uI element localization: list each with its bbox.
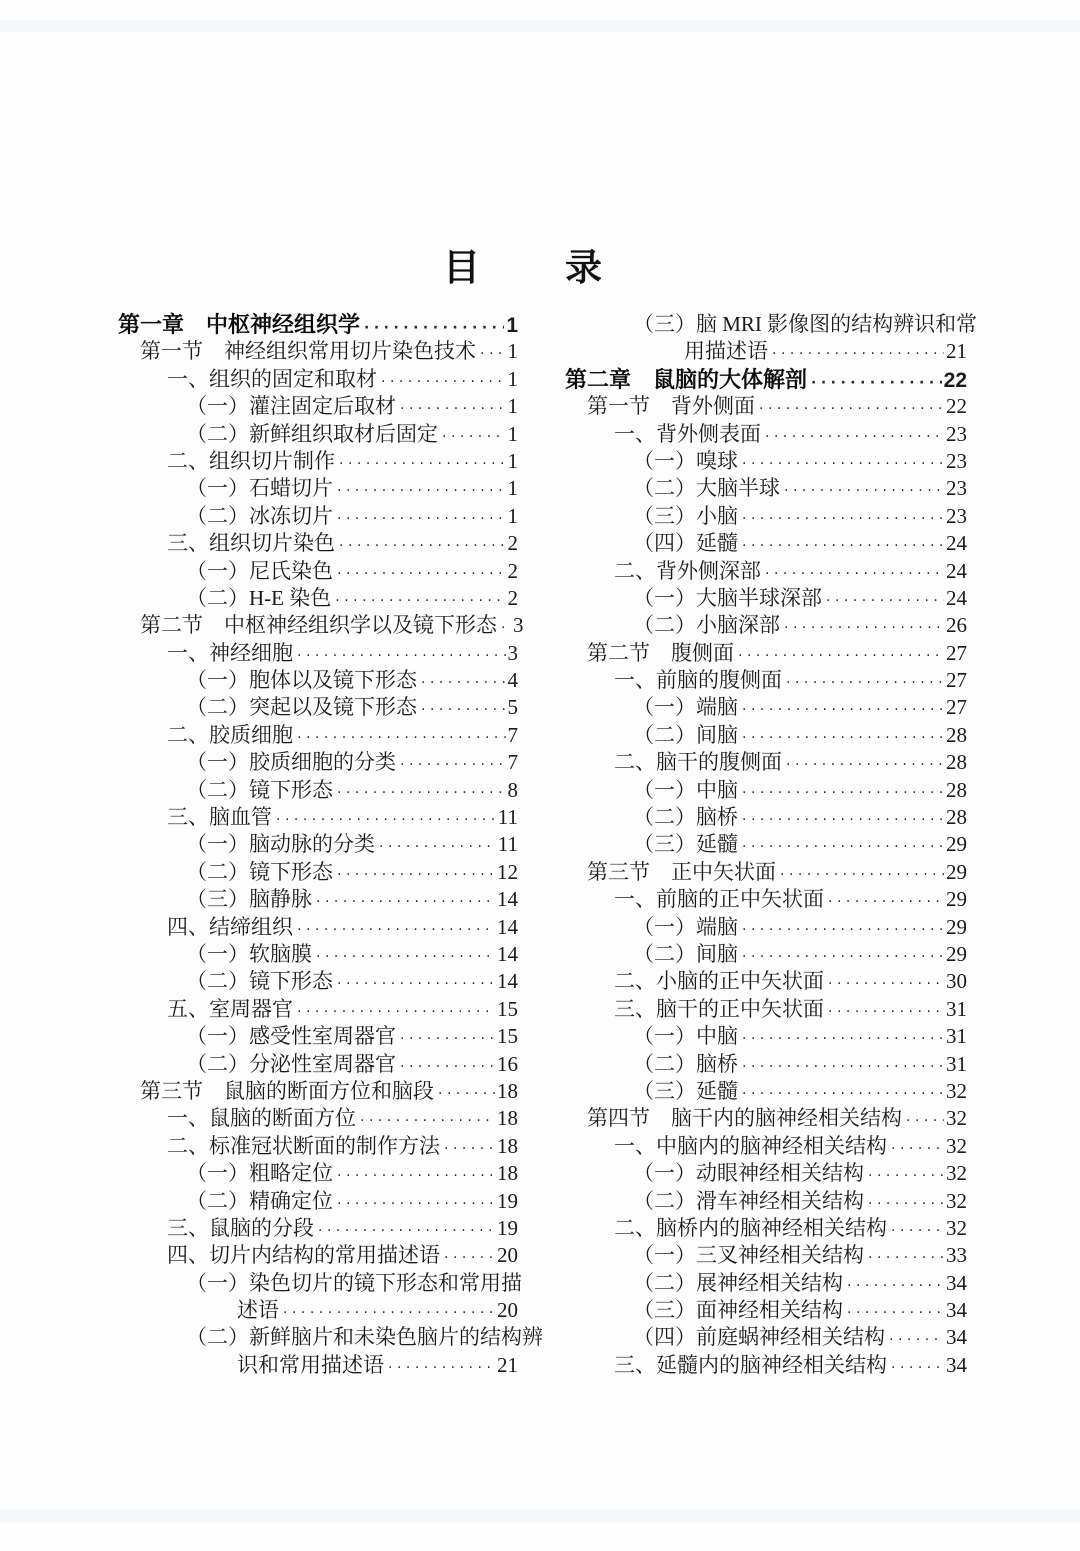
toc-page-number: 20	[497, 1297, 518, 1324]
toc-page-number: 2	[508, 530, 519, 557]
toc-entry-text: （一）尼氏染色	[186, 558, 333, 585]
toc-entry-text: 二、组织切片制作	[167, 448, 335, 475]
toc-page-number: 24	[946, 585, 967, 612]
dot-leader	[742, 694, 944, 724]
toc-page-number: 31	[946, 1051, 967, 1078]
dot-leader	[335, 585, 505, 615]
dot-leader	[765, 558, 944, 588]
toc-entry-text: （一）胞体以及镜下形态	[186, 667, 417, 694]
toc-page-number: 21	[497, 1352, 518, 1379]
toc-page-number: 11	[498, 804, 518, 831]
toc-entry-text: （三）延髓	[633, 1078, 738, 1105]
toc-page-number: 1	[506, 312, 518, 339]
toc-line: （二）分泌性室周器官 16	[118, 1051, 518, 1078]
toc-page-number: 19	[497, 1188, 518, 1215]
toc-page-number: 29	[946, 831, 967, 858]
dot-leader	[337, 859, 495, 889]
toc-line: 三、组织切片染色 2	[118, 530, 518, 557]
dot-leader	[784, 475, 944, 505]
toc-page-number: 28	[946, 777, 967, 804]
toc-line: （二）大脑半球 23	[565, 475, 967, 502]
toc-entry-text: （二）滑车神经相关结构	[633, 1188, 864, 1215]
toc-page-number: 29	[946, 886, 967, 913]
dot-leader	[400, 1023, 495, 1053]
dot-leader	[276, 804, 496, 834]
toc-entry-text: （一）粗略定位	[186, 1160, 333, 1187]
toc-line: （二）镜下形态 14	[118, 968, 518, 995]
toc-entry-text: （一）染色切片的镜下形态和常用描	[186, 1270, 522, 1297]
toc-page-number: 14	[497, 886, 518, 913]
toc-entry-text: 用描述语	[684, 338, 768, 365]
dot-leader	[337, 475, 506, 505]
toc-entry-text: 三、脑血管	[167, 804, 272, 831]
toc-line: 第一节 神经组织常用切片染色技术 1	[118, 338, 518, 365]
toc-page-number: 32	[946, 1133, 967, 1160]
dot-leader	[780, 859, 944, 889]
toc-line: （一）染色切片的镜下形态和常用描	[118, 1270, 518, 1297]
toc-page-number: 32	[946, 1215, 967, 1242]
toc-entry-text: （二）新鲜组织取材后固定	[186, 421, 438, 448]
toc-entry-text: （一）端脑	[633, 914, 738, 941]
dot-leader	[339, 530, 506, 560]
toc-entry-text: （一）石蜡切片	[186, 475, 333, 502]
toc-entry-text: （一）动眼神经相关结构	[633, 1160, 864, 1187]
toc-page-number: 28	[946, 749, 967, 776]
toc-entry-text: 第四节 脑干内的脑神经相关结构	[587, 1105, 902, 1132]
toc-entry-text: （二）脑桥	[633, 1051, 738, 1078]
toc-line: 第三节 正中矢状面 29	[565, 859, 967, 886]
toc-page-number: 23	[946, 475, 967, 502]
dot-leader	[442, 421, 506, 451]
dot-leader	[891, 1133, 944, 1163]
toc-line: （二）冰冻切片 1	[118, 503, 518, 530]
toc-page-number: 23	[946, 421, 967, 448]
dot-leader	[297, 914, 495, 944]
toc-line: 第四节 脑干内的脑神经相关结构 32	[565, 1105, 967, 1132]
toc-entry-text: （三）脑静脉	[186, 886, 312, 913]
dot-leader	[480, 338, 506, 368]
toc-page-number: 33	[946, 1242, 967, 1269]
toc-line: 三、鼠脑的分段 19	[118, 1215, 518, 1242]
dot-leader	[889, 1324, 944, 1354]
toc-line: 二、脑干的腹侧面 28	[565, 749, 967, 776]
toc-entry-text: 一、前脑的腹侧面	[614, 667, 782, 694]
toc-line: 一、神经细胞 3	[118, 640, 518, 667]
dot-leader	[337, 968, 495, 998]
toc-line: （一）嗅球 23	[565, 448, 967, 475]
toc-page-number: 26	[946, 612, 967, 639]
toc-entry-text: 一、背外侧表面	[614, 421, 761, 448]
dot-leader	[742, 831, 944, 861]
toc-page-number: 3	[508, 640, 519, 667]
toc-line: （二）小脑深部 26	[565, 612, 967, 639]
toc-entry-text: 第二章 鼠脑的大体解剖	[565, 366, 807, 393]
toc-line: （三）脑 MRI 影像图的结构辨识和常	[565, 311, 967, 338]
toc-entry-text: 第二节 腹侧面	[587, 640, 734, 667]
toc-entry-text: 二、小脑的正中矢状面	[614, 968, 824, 995]
toc-page-number: 7	[508, 749, 519, 776]
dot-leader	[868, 1188, 944, 1218]
toc-line: （二）新鲜脑片和未染色脑片的结构辨	[118, 1324, 518, 1351]
toc-line: 三、脑干的正中矢状面 31	[565, 996, 967, 1023]
toc-entry-text: 第一章 中枢神经组织学	[118, 311, 360, 338]
toc-page-number: 23	[946, 448, 967, 475]
toc-line: 第二章 鼠脑的大体解剖 22	[565, 366, 967, 393]
toc-page-number: 1	[508, 503, 519, 530]
toc-line: （一）感受性室周器官 15	[118, 1023, 518, 1050]
dot-leader	[891, 1215, 944, 1245]
toc-page-number: 32	[946, 1160, 967, 1187]
toc-entry-text: （一）中脑	[633, 1023, 738, 1050]
toc-entry-text: 三、鼠脑的分段	[167, 1215, 314, 1242]
toc-page-number: 15	[497, 1023, 518, 1050]
toc-page-number: 27	[946, 694, 967, 721]
toc-page-number: 15	[497, 996, 518, 1023]
dot-leader	[742, 1051, 944, 1081]
toc-line: 二、脑桥内的脑神经相关结构 32	[565, 1215, 967, 1242]
dot-leader	[742, 1078, 944, 1108]
toc-line: （四）延髓 24	[565, 530, 967, 557]
toc-entry-text: （二）展神经相关结构	[633, 1270, 843, 1297]
dot-leader	[337, 1160, 495, 1190]
toc-entry-text: 述语	[237, 1297, 279, 1324]
dot-leader	[847, 1270, 944, 1300]
dot-leader	[784, 612, 944, 642]
dot-leader	[283, 1297, 495, 1327]
scan-edge-band-top	[0, 20, 1080, 32]
toc-line: （一）尼氏染色 2	[118, 558, 518, 585]
toc-entry-text: （二）镜下形态	[186, 859, 333, 886]
page-title-char-2: 录	[565, 249, 602, 286]
toc-line: 二、小脑的正中矢状面 30	[565, 968, 967, 995]
toc-line: 第二节 腹侧面 27	[565, 640, 967, 667]
toc-line: （二）间脑 28	[565, 722, 967, 749]
toc-line: （二）镜下形态 12	[118, 859, 518, 886]
toc-page-number: 12	[497, 859, 518, 886]
toc-right-column: （三）脑 MRI 影像图的结构辨识和常 用描述语 21 第二章 鼠脑的大体解剖 …	[565, 311, 967, 1379]
toc-entry-text: 第一节 背外侧面	[587, 393, 755, 420]
toc-page-number: 18	[497, 1160, 518, 1187]
toc-page-number: 28	[946, 722, 967, 749]
dot-leader	[297, 722, 506, 752]
toc-page-number: 22	[946, 393, 967, 420]
toc-entry-text: （二）镜下形态	[186, 968, 333, 995]
toc-entry-text: （一）软脑膜	[186, 941, 312, 968]
toc-entry-text: 二、背外侧深部	[614, 558, 761, 585]
dot-leader	[400, 1051, 495, 1081]
toc-page-number: 14	[497, 914, 518, 941]
toc-page-number: 34	[946, 1324, 967, 1351]
toc-line: 一、前脑的腹侧面 27	[565, 667, 967, 694]
toc-entry-text: （四）前庭蜗神经相关结构	[633, 1324, 885, 1351]
toc-entry-text: （二）H-E 染色	[186, 585, 331, 612]
toc-line: （二）H-E 染色 2	[118, 585, 518, 612]
toc-entry-text: （二）间脑	[633, 722, 738, 749]
dot-leader	[400, 749, 506, 779]
dot-leader	[501, 612, 511, 642]
toc-page-number: 32	[946, 1188, 967, 1215]
dot-leader	[421, 694, 506, 724]
dot-leader	[388, 1352, 495, 1382]
toc-entry-text: 一、组织的固定和取材	[167, 366, 377, 393]
dot-leader	[297, 996, 495, 1026]
toc-entry-text: 识和常用描述语	[237, 1352, 384, 1379]
dot-leader	[828, 886, 944, 916]
toc-entry-text: （一）胶质细胞的分类	[186, 749, 396, 776]
toc-line: （二）滑车神经相关结构 32	[565, 1188, 967, 1215]
dot-leader	[828, 996, 944, 1026]
toc-line: （一）三叉神经相关结构 33	[565, 1242, 967, 1269]
toc-line: （一）中脑 28	[565, 777, 967, 804]
toc-page-number: 23	[946, 503, 967, 530]
scan-edge-band-bottom	[0, 1509, 1080, 1522]
toc-entry-text: （一）大脑半球深部	[633, 585, 822, 612]
toc-page-number: 27	[946, 640, 967, 667]
dot-leader	[786, 667, 944, 697]
dot-leader	[316, 941, 495, 971]
toc-line: （三）延髓 32	[565, 1078, 967, 1105]
toc-line: （二）镜下形态 8	[118, 777, 518, 804]
toc-page-number: 32	[946, 1105, 967, 1132]
toc-line: （一）脑动脉的分类 11	[118, 831, 518, 858]
toc-page-number: 11	[498, 831, 518, 858]
toc-entry-text: 一、前脑的正中矢状面	[614, 886, 824, 913]
dot-leader	[316, 886, 495, 916]
toc-entry-text: （一）端脑	[633, 694, 738, 721]
dot-leader	[906, 1105, 944, 1135]
dot-leader	[318, 1215, 495, 1245]
toc-entry-text: 三、延髓内的脑神经相关结构	[614, 1352, 887, 1379]
toc-line: （二）突起以及镜下形态 5	[118, 694, 518, 721]
toc-entry-text: （二）间脑	[633, 941, 738, 968]
toc-entry-text: 二、脑桥内的脑神经相关结构	[614, 1215, 887, 1242]
toc-page-number: 3	[513, 612, 524, 639]
toc-entry-text: 第一节 神经组织常用切片染色技术	[140, 338, 476, 365]
dot-leader	[891, 1352, 944, 1382]
toc-line: 识和常用描述语 21	[118, 1352, 518, 1379]
dot-leader	[438, 1078, 495, 1108]
dot-leader	[742, 530, 944, 560]
dot-leader	[421, 667, 506, 697]
toc-page-number: 31	[946, 996, 967, 1023]
dot-leader	[381, 366, 506, 396]
toc-line: （三）面神经相关结构 34	[565, 1297, 967, 1324]
toc-page-number: 20	[497, 1242, 518, 1269]
toc-entry-text: （二）精确定位	[186, 1188, 333, 1215]
dot-leader	[772, 338, 944, 368]
toc-page-number: 29	[946, 914, 967, 941]
toc-entry-text: （二）镜下形态	[186, 777, 333, 804]
toc-page-number: 24	[946, 558, 967, 585]
toc-line: 二、组织切片制作 1	[118, 448, 518, 475]
toc-entry-text: （一）中脑	[633, 777, 738, 804]
toc-line: （三）小脑 23	[565, 503, 967, 530]
toc-line: 二、标准冠状断面的制作方法 18	[118, 1133, 518, 1160]
toc-entry-text: 四、结缔组织	[167, 914, 293, 941]
dot-leader	[297, 640, 506, 670]
toc-page-number: 34	[946, 1297, 967, 1324]
toc-page-number: 5	[508, 694, 519, 721]
toc-entry-text: （二）新鲜脑片和未染色脑片的结构辨	[186, 1324, 543, 1351]
toc-entry-text: （三）延髓	[633, 831, 738, 858]
toc-page-number: 2	[508, 585, 519, 612]
toc-entry-text: 四、切片内结构的常用描述语	[167, 1242, 440, 1269]
toc-page-number: 14	[497, 941, 518, 968]
toc-entry-text: （三）脑 MRI 影像图的结构辨识和常	[633, 311, 977, 338]
toc-entry-text: 一、鼠脑的断面方位	[167, 1105, 356, 1132]
dot-leader	[742, 941, 944, 971]
dot-leader	[742, 1023, 944, 1053]
toc-page-number: 30	[946, 968, 967, 995]
toc-entry-text: 二、脑干的腹侧面	[614, 749, 782, 776]
toc-line: 一、鼠脑的断面方位 18	[118, 1105, 518, 1132]
dot-leader	[826, 585, 944, 615]
page-title: 目 录	[443, 249, 602, 286]
toc-page-number: 1	[508, 421, 519, 448]
toc-entry-text: （二）脑桥	[633, 804, 738, 831]
toc-entry-text: 第三节 正中矢状面	[587, 859, 776, 886]
toc-page-number: 32	[946, 1078, 967, 1105]
dot-leader	[765, 421, 944, 451]
toc-line: 第二节 中枢神经组织学以及镜下形态 3	[118, 612, 518, 639]
toc-line: （一）石蜡切片 1	[118, 475, 518, 502]
toc-line: （一）灌注固定后取材 1	[118, 393, 518, 420]
toc-page-number: 34	[946, 1270, 967, 1297]
toc-line: 第三节 鼠脑的断面方位和脑段 18	[118, 1078, 518, 1105]
toc-line: 四、结缔组织 14	[118, 914, 518, 941]
toc-line: 一、前脑的正中矢状面 29	[565, 886, 967, 913]
toc-line: （一）中脑 31	[565, 1023, 967, 1050]
dot-leader	[339, 448, 506, 478]
toc-page-number: 1	[508, 448, 519, 475]
dot-leader	[444, 1133, 495, 1163]
dot-leader	[868, 1242, 944, 1272]
dot-leader	[337, 558, 506, 588]
toc-entry-text: （三）小脑	[633, 503, 738, 530]
toc-line: 一、背外侧表面 23	[565, 421, 967, 448]
toc-page-number: 7	[508, 722, 519, 749]
dot-leader	[742, 914, 944, 944]
toc-line: （二）脑桥 28	[565, 804, 967, 831]
dot-leader	[742, 777, 944, 807]
toc-line: （一）端脑 27	[565, 694, 967, 721]
toc-page-number: 14	[497, 968, 518, 995]
dot-leader	[444, 1242, 495, 1272]
toc-page-number: 31	[946, 1023, 967, 1050]
toc-page-number: 1	[508, 338, 519, 365]
toc-line: 二、背外侧深部 24	[565, 558, 967, 585]
page-title-char-1: 目	[443, 249, 480, 286]
toc-line: （一）胶质细胞的分类 7	[118, 749, 518, 776]
toc-line: （一）软脑膜 14	[118, 941, 518, 968]
toc-page-number: 29	[946, 859, 967, 886]
toc-entry-text: 第二节 中枢神经组织学以及镜下形态	[140, 612, 497, 639]
dot-leader	[786, 749, 944, 779]
toc-entry-text: （二）小脑深部	[633, 612, 780, 639]
toc-entry-text: 二、胶质细胞	[167, 722, 293, 749]
dot-leader	[828, 968, 944, 998]
toc-entry-text: 一、神经细胞	[167, 640, 293, 667]
toc-entry-text: （一）嗅球	[633, 448, 738, 475]
dot-leader	[742, 448, 944, 478]
dot-leader	[742, 722, 944, 752]
dot-leader	[742, 503, 944, 533]
toc-line: （一）动眼神经相关结构 32	[565, 1160, 967, 1187]
toc-entry-text: （一）脑动脉的分类	[186, 831, 375, 858]
toc-entry-text: （一）灌注固定后取材	[186, 393, 396, 420]
toc-entry-text: （二）大脑半球	[633, 475, 780, 502]
toc-line: （一）粗略定位 18	[118, 1160, 518, 1187]
dot-leader	[742, 804, 944, 834]
toc-line: 四、切片内结构的常用描述语 20	[118, 1242, 518, 1269]
toc-page-number: 1	[508, 393, 519, 420]
toc-line: （二）展神经相关结构 34	[565, 1270, 967, 1297]
toc-entry-text: 三、组织切片染色	[167, 530, 335, 557]
dot-leader	[847, 1297, 944, 1327]
toc-entry-text: （四）延髓	[633, 530, 738, 557]
toc-page-number: 29	[946, 941, 967, 968]
dot-leader	[738, 640, 944, 670]
toc-line: 五、室周器官 15	[118, 996, 518, 1023]
toc-page-number: 28	[946, 804, 967, 831]
toc-line: 三、脑血管 11	[118, 804, 518, 831]
toc-entry-text: 三、脑干的正中矢状面	[614, 996, 824, 1023]
dot-leader	[868, 1160, 944, 1190]
toc-entry-text: 二、标准冠状断面的制作方法	[167, 1133, 440, 1160]
dot-leader	[400, 393, 506, 423]
dot-leader	[337, 1188, 495, 1218]
toc-page-number: 2	[508, 558, 519, 585]
toc-line: 用描述语 21	[565, 338, 967, 365]
toc-line: （四）前庭蜗神经相关结构 34	[565, 1324, 967, 1351]
toc-page-number: 8	[508, 777, 519, 804]
toc-page-number: 4	[508, 667, 519, 694]
toc-line: 一、中脑内的脑神经相关结构 32	[565, 1133, 967, 1160]
toc-page-number: 1	[508, 475, 519, 502]
toc-line: （二）新鲜组织取材后固定 1	[118, 421, 518, 448]
toc-line: 第一节 背外侧面 22	[565, 393, 967, 420]
toc-page-number: 21	[946, 338, 967, 365]
toc-page-number: 16	[497, 1051, 518, 1078]
dot-leader	[379, 831, 496, 861]
toc-line: （二）间脑 29	[565, 941, 967, 968]
toc-line: 第一章 中枢神经组织学 1	[118, 311, 518, 338]
toc-line: 三、延髓内的脑神经相关结构 34	[565, 1352, 967, 1379]
toc-page-number: 18	[497, 1078, 518, 1105]
toc-page: 目 录 第一章 中枢神经组织学 1 第一节 神经组织常用切片染色技术 1 一、组…	[0, 0, 1080, 1551]
toc-line: （二）精确定位 19	[118, 1188, 518, 1215]
toc-entry-text: （一）感受性室周器官	[186, 1023, 396, 1050]
toc-entry-text: 五、室周器官	[167, 996, 293, 1023]
toc-line: （三）延髓 29	[565, 831, 967, 858]
toc-left-column: 第一章 中枢神经组织学 1 第一节 神经组织常用切片染色技术 1 一、组织的固定…	[118, 311, 518, 1379]
dot-leader	[360, 1105, 495, 1135]
toc-line: 二、胶质细胞 7	[118, 722, 518, 749]
toc-page-number: 24	[946, 530, 967, 557]
toc-page-number: 19	[497, 1215, 518, 1242]
toc-entry-text: 第三节 鼠脑的断面方位和脑段	[140, 1078, 434, 1105]
toc-page-number: 1	[508, 366, 519, 393]
toc-entry-text: （二）冰冻切片	[186, 503, 333, 530]
dot-leader	[759, 393, 944, 423]
toc-entry-text: （三）面神经相关结构	[633, 1297, 843, 1324]
toc-page-number: 22	[944, 367, 967, 394]
toc-page-number: 34	[946, 1352, 967, 1379]
toc-line: （一）大脑半球深部 24	[565, 585, 967, 612]
toc-line: （一）胞体以及镜下形态 4	[118, 667, 518, 694]
toc-page-number: 18	[497, 1133, 518, 1160]
toc-entry-text: （二）突起以及镜下形态	[186, 694, 417, 721]
